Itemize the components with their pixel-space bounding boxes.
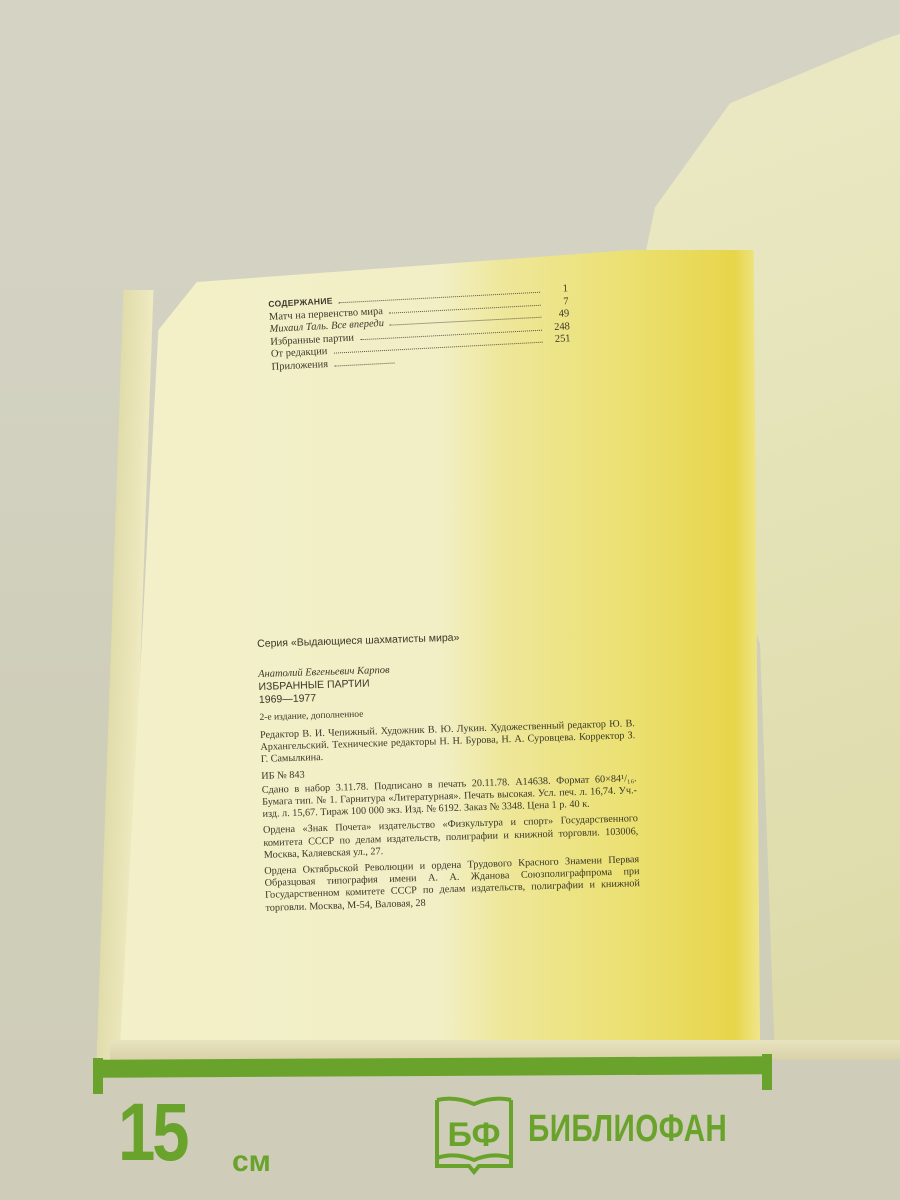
- toc-page-number: 248: [548, 321, 571, 335]
- series-name: Серия «Выдающиеся шахматисты мира»: [257, 626, 632, 650]
- table-of-contents: СОДЕРЖАНИЕ 1 Матч на первенство мира 7 М…: [268, 282, 572, 374]
- printer-paragraph: Ордена Октябрьской Революции и ордена Тр…: [264, 854, 640, 915]
- scale-ruler-bar: [95, 1056, 771, 1078]
- scale-ruler-right-tick: [762, 1054, 772, 1090]
- toc-page-number: [400, 362, 422, 363]
- credits-paragraph: Редактор В. И. Чепижный. Художник В. Ю. …: [260, 718, 636, 766]
- toc-leader-dots: [334, 362, 394, 366]
- toc-page-number: 1: [546, 283, 569, 297]
- brand-name: БИБЛИОФАН: [528, 1110, 727, 1148]
- open-book-logo-icon: БФ: [433, 1096, 515, 1178]
- scale-ruler-left-tick: [93, 1058, 103, 1094]
- toc-entry-label: Приложения: [271, 358, 328, 373]
- scale-length-unit: см: [232, 1147, 271, 1177]
- toc-page-number: 251: [548, 333, 571, 347]
- publisher-paragraph: Ордена «Знак Почета» издательство «Физку…: [263, 814, 639, 862]
- page-text: СОДЕРЖАНИЕ 1 Матч на первенство мира 7 М…: [0, 0, 900, 1200]
- scale-length-number: 15: [118, 1092, 186, 1174]
- toc-page-number: 7: [546, 296, 569, 310]
- toc-page-number: 49: [547, 308, 570, 322]
- imprint-block: Серия «Выдающиеся шахматисты мира» Анато…: [257, 626, 641, 918]
- logo-letters: БФ: [447, 1116, 500, 1154]
